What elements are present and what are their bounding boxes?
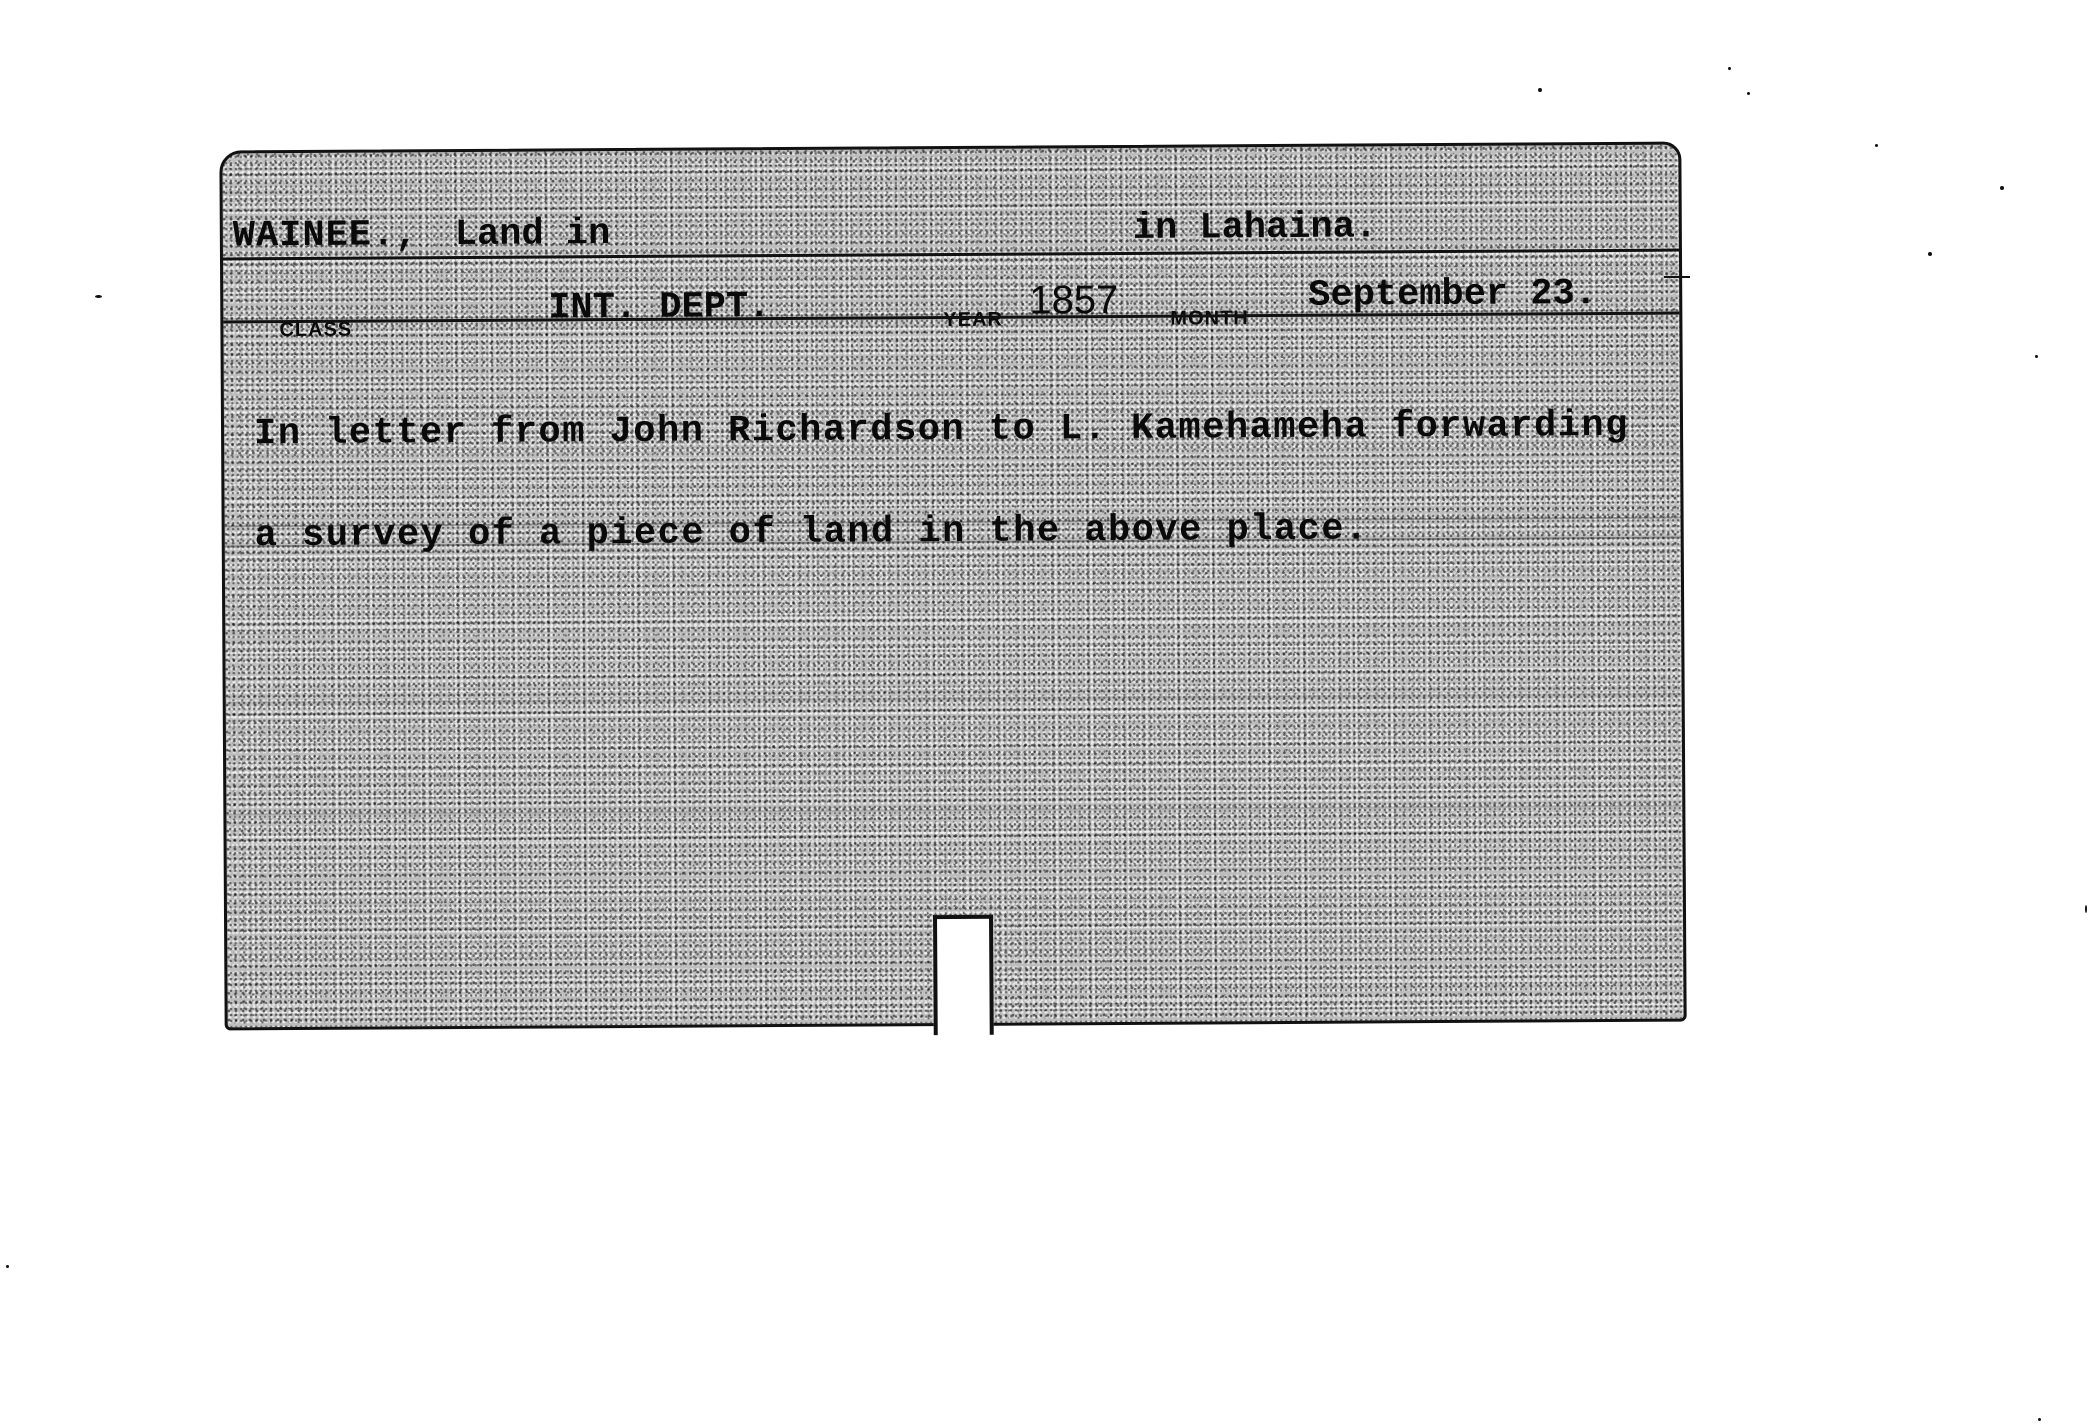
index-card: WAINEE., Land in in Lahaina. CLASS INT. … <box>219 142 1686 1031</box>
speck <box>6 1265 9 1268</box>
speck <box>2035 355 2038 358</box>
speck <box>1728 67 1731 70</box>
card-subject-land-in: Land in <box>455 213 611 256</box>
heading-rule <box>223 249 1679 261</box>
faint-rule-3 <box>226 693 1682 704</box>
class-value: INT. DEPT. <box>548 286 770 329</box>
speck <box>1928 252 1932 256</box>
month-value: September 23. <box>1308 273 1597 317</box>
card-subject-name: WAINEE., <box>233 214 419 257</box>
speck <box>2000 186 2004 190</box>
faint-rule-4 <box>226 805 1682 816</box>
speck <box>95 295 102 298</box>
year-label: YEAR <box>943 309 1003 332</box>
card-body: In letter from John Richardson to L. Kam… <box>254 341 1630 621</box>
speck <box>1538 88 1542 92</box>
speck <box>2085 905 2087 913</box>
card-body-line-1: In letter from John Richardson to L. Kam… <box>254 409 1629 451</box>
speck <box>1747 92 1750 95</box>
month-label: MONTH <box>1170 307 1248 330</box>
speck <box>2038 1418 2041 1421</box>
card-notch <box>933 915 994 1035</box>
tick-mark <box>1664 276 1690 278</box>
speck <box>1875 144 1878 147</box>
card-location: in Lahaina. <box>1133 206 1378 249</box>
